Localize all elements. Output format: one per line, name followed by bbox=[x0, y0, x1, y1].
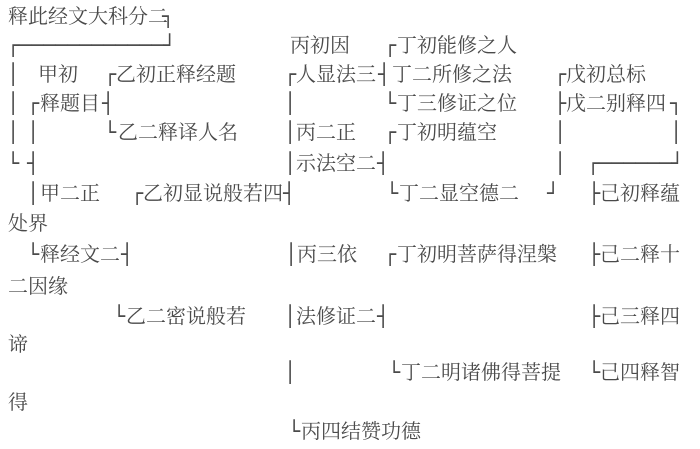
tree-connector-glyph: └ bbox=[384, 91, 396, 115]
tree-connector-glyph: │ bbox=[670, 120, 682, 144]
outline-label: 甲初 bbox=[38, 62, 78, 86]
outline-label: 己四释智 bbox=[600, 360, 680, 384]
tree-connector-glyph: ┌────────────┘ bbox=[7, 33, 176, 57]
tree-connector-glyph: ┌ bbox=[27, 91, 39, 115]
outline-label: 乙初显说般若四 bbox=[143, 181, 283, 205]
tree-connector-glyph: ┤ bbox=[378, 62, 390, 86]
tree-connector-glyph: ┌ bbox=[384, 120, 396, 144]
tree-connector-glyph: ├ bbox=[588, 181, 600, 205]
outline-label: 乙二释译人名 bbox=[118, 120, 238, 144]
tree-connector-glyph: └ bbox=[104, 120, 116, 144]
tree-connector-glyph: ┤ bbox=[27, 151, 39, 175]
tree-connector-glyph: └ bbox=[386, 181, 398, 205]
tree-connector-glyph: ┌ bbox=[104, 62, 116, 86]
tree-connector-glyph: ┤ bbox=[377, 304, 389, 328]
tree-connector-glyph: ├ bbox=[588, 304, 600, 328]
tree-connector-glyph: ┘ bbox=[547, 181, 559, 205]
outline-label: 己二释十 bbox=[600, 242, 680, 266]
outline-label: 丙三依 bbox=[297, 242, 357, 266]
outline-label: 甲二正 bbox=[40, 181, 100, 205]
tree-connector-glyph: │ bbox=[285, 242, 297, 266]
outline-label: 人显法三 bbox=[296, 62, 376, 86]
tree-connector-glyph: │ bbox=[284, 151, 296, 175]
outline-label: 丙四结赞功德 bbox=[301, 419, 421, 443]
outline-label: 释经文二 bbox=[40, 242, 120, 266]
tree-connector-glyph: │ bbox=[7, 62, 19, 86]
tree-connector-glyph: │ bbox=[284, 91, 296, 115]
tree-connector-glyph: │ bbox=[284, 360, 296, 384]
outline-label: 丁初能修之人 bbox=[397, 33, 517, 57]
outline-label: 释题目 bbox=[40, 91, 100, 115]
outline-label: 戊二别释四 bbox=[566, 91, 666, 115]
outline-label: 丁二显空德二 bbox=[399, 181, 519, 205]
outline-label: 己初释蕴 bbox=[600, 181, 680, 205]
outline-label: 丙二正 bbox=[296, 120, 356, 144]
tree-connector-glyph: ├ bbox=[588, 242, 600, 266]
tree-connector-glyph: │ bbox=[554, 151, 566, 175]
outline-label: 谛 bbox=[8, 332, 28, 356]
tree-connector-glyph: ┤ bbox=[121, 242, 133, 266]
tree-connector-glyph: └ bbox=[588, 360, 600, 384]
tree-connector-glyph: │ bbox=[7, 91, 19, 115]
tree-connector-glyph: └ bbox=[113, 304, 125, 328]
outline-label: 得 bbox=[8, 390, 28, 414]
outline-label: 己三释四 bbox=[600, 304, 680, 328]
tree-connector-glyph: │ bbox=[284, 120, 296, 144]
sutra-outline-diagram: 释此经文大科分二┐┌────────────┘丙初因┌丁初能修之人│甲初┌乙初正… bbox=[0, 0, 700, 449]
tree-connector-glyph: │ bbox=[27, 120, 39, 144]
tree-connector-glyph: ┌──────┘ bbox=[587, 151, 683, 175]
tree-connector-glyph: ┌ bbox=[554, 62, 566, 86]
outline-label: 丙初因 bbox=[290, 33, 350, 57]
tree-connector-glyph: │ bbox=[7, 120, 19, 144]
tree-connector-glyph: ┌ bbox=[384, 33, 396, 57]
outline-label: 处界 bbox=[8, 211, 48, 235]
tree-connector-glyph: └ bbox=[7, 151, 19, 175]
outline-label: 二因缘 bbox=[8, 274, 68, 298]
outline-label: 丁二明诸佛得菩提 bbox=[401, 360, 561, 384]
tree-connector-glyph: ┤ bbox=[102, 91, 114, 115]
tree-connector-glyph: ┤ bbox=[283, 181, 295, 205]
tree-connector-glyph: ├ bbox=[554, 91, 566, 115]
tree-connector-glyph: ┌ bbox=[131, 181, 143, 205]
outline-label: 丁初明菩萨得涅槃 bbox=[397, 242, 557, 266]
outline-label: 戊初总标 bbox=[566, 62, 646, 86]
outline-label: 丁二所修之法 bbox=[392, 62, 512, 86]
tree-connector-glyph: └ bbox=[27, 242, 39, 266]
tree-connector-glyph: └ bbox=[388, 360, 400, 384]
tree-connector-glyph: │ bbox=[554, 120, 566, 144]
outline-label: 法修证二 bbox=[296, 304, 376, 328]
outline-label: 乙初正释经题 bbox=[116, 62, 236, 86]
tree-connector-glyph: ┤ bbox=[377, 151, 389, 175]
tree-connector-glyph: │ bbox=[284, 304, 296, 328]
outline-label: 示法空二 bbox=[296, 151, 376, 175]
outline-label: 丁初明蕴空 bbox=[397, 120, 497, 144]
outline-label: 丁三修证之位 bbox=[397, 91, 517, 115]
tree-connector-glyph: │ bbox=[27, 181, 39, 205]
tree-connector-glyph: ┌ bbox=[384, 242, 396, 266]
tree-connector-glyph: ┐ bbox=[162, 4, 174, 28]
tree-connector-glyph: └ bbox=[288, 419, 300, 443]
outline-label: 乙二密说般若 bbox=[126, 304, 246, 328]
tree-connector-glyph: ┐ bbox=[670, 91, 682, 115]
outline-label: 释此经文大科分二 bbox=[8, 4, 168, 28]
tree-connector-glyph: ┌ bbox=[284, 62, 296, 86]
